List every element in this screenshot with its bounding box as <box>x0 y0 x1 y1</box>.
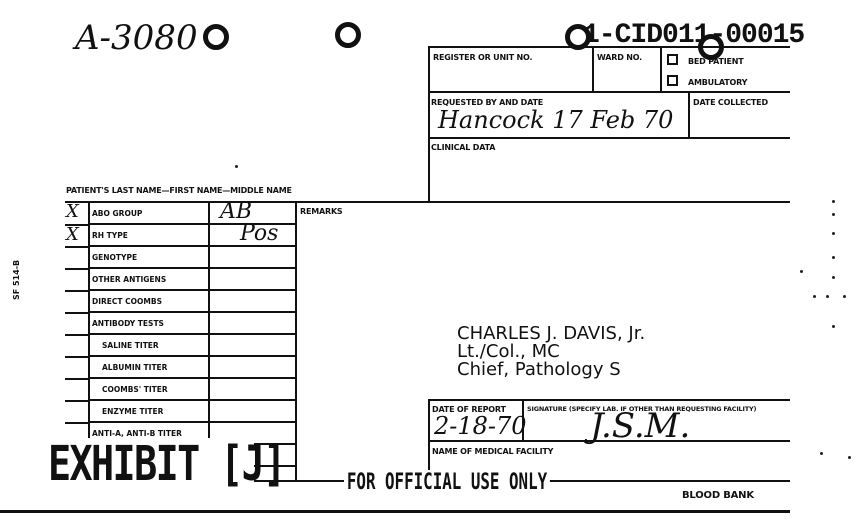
ambulatory-checkbox[interactable] <box>667 75 678 86</box>
side-form-number: SF 514-B <box>12 260 21 300</box>
signature-value: J.S.M. <box>590 406 690 446</box>
test-label: Albumin Titer <box>102 363 167 372</box>
department-label: BLOOD BANK <box>682 490 754 501</box>
divider <box>428 137 790 139</box>
row-tick <box>65 422 88 424</box>
speckle <box>832 256 835 259</box>
row-tick <box>65 378 88 380</box>
divider <box>688 91 690 138</box>
speckle <box>832 325 835 328</box>
requested-by-value: Hancock 17 Feb 70 <box>438 106 673 134</box>
test-row-coombs-titer: Coombs' Titer <box>88 379 295 401</box>
test-label: ABO Group <box>92 209 142 218</box>
row-tick <box>65 224 88 226</box>
divider <box>592 46 594 92</box>
test-label: Enzyme Titer <box>102 407 163 416</box>
row-tick <box>65 246 88 248</box>
test-value[interactable] <box>208 247 295 267</box>
test-row-saline-titer: Saline Titer <box>88 335 295 357</box>
pathologist-title: Chief, Pathology S <box>457 361 621 379</box>
test-label: Direct Coombs <box>92 297 162 306</box>
ward-label: Ward No. <box>597 53 642 62</box>
medical-facility-label: Name of medical facility <box>432 447 553 456</box>
ambulatory-label: Ambulatory <box>688 78 747 87</box>
date-collected-label: Date collected <box>693 98 768 107</box>
test-label: Other Antigens <box>92 275 166 284</box>
test-value[interactable] <box>208 335 295 355</box>
test-value[interactable] <box>208 291 295 311</box>
remarks-left-border <box>295 201 297 481</box>
speckle <box>832 232 835 235</box>
test-value[interactable] <box>208 357 295 377</box>
check-mark: X <box>66 201 79 222</box>
speckle <box>832 276 835 279</box>
row-tick <box>65 356 88 358</box>
row-tick <box>65 290 88 292</box>
header-top-border <box>428 46 790 48</box>
test-row-albumin-titer: Albumin Titer <box>88 357 295 379</box>
speckle <box>235 165 238 168</box>
row-tick <box>65 334 88 336</box>
test-label: Coombs' Titer <box>102 385 168 394</box>
speckle <box>826 295 829 298</box>
speckle <box>843 295 846 298</box>
test-row-other-antigens: Other Antigens <box>88 269 295 291</box>
bottom-edge-line <box>0 510 790 513</box>
exhibit-stamp: EXHIBIT [J] <box>48 436 285 492</box>
row-tick <box>65 268 88 270</box>
punch-hole <box>203 24 229 50</box>
speckle <box>800 270 803 273</box>
check-mark: X <box>66 224 79 245</box>
test-row-direct-coombs: Direct Coombs <box>88 291 295 313</box>
speckle <box>813 295 816 298</box>
test-value[interactable]: Pos <box>208 225 295 245</box>
row-tick <box>65 400 88 402</box>
test-value[interactable] <box>208 379 295 399</box>
test-value[interactable] <box>208 401 295 421</box>
test-value[interactable] <box>208 269 295 289</box>
test-label: Rh Type <box>92 231 128 240</box>
official-use-notice: FOR OFFICIAL USE ONLY <box>344 470 550 495</box>
remarks-label: Remarks <box>300 207 343 216</box>
punch-hole <box>335 22 361 48</box>
test-label: Saline Titer <box>102 341 159 350</box>
row-tick <box>65 312 88 314</box>
speckle <box>832 200 835 203</box>
test-value[interactable]: AB <box>208 203 295 223</box>
bed-patient-label: Bed patient <box>688 57 744 66</box>
speckle <box>832 213 835 216</box>
test-value[interactable] <box>208 313 295 333</box>
clinical-data-label: Clinical data <box>431 143 495 152</box>
speckle <box>820 452 823 455</box>
patient-name-label: Patient's last name—first name—middle na… <box>66 186 292 195</box>
test-label: Antibody Tests <box>92 319 164 328</box>
test-row-enzyme-titer: Enzyme Titer <box>88 401 295 423</box>
test-row-rh-type: Rh Type Pos <box>88 225 295 247</box>
test-row-genotype: Genotype <box>88 247 295 269</box>
test-row-antibody-tests: Antibody Tests <box>88 313 295 335</box>
speckle <box>848 456 851 459</box>
header-left-border <box>428 46 430 202</box>
bed-patient-checkbox[interactable] <box>667 54 678 65</box>
test-label: Genotype <box>92 253 137 262</box>
register-label: Register or Unit No. <box>433 53 532 62</box>
date-of-report-value: 2-18-70 <box>434 412 527 440</box>
divider <box>660 46 662 92</box>
handwritten-reference: A-3080 <box>75 18 198 58</box>
report-box-top <box>428 399 790 401</box>
divider <box>428 91 790 93</box>
